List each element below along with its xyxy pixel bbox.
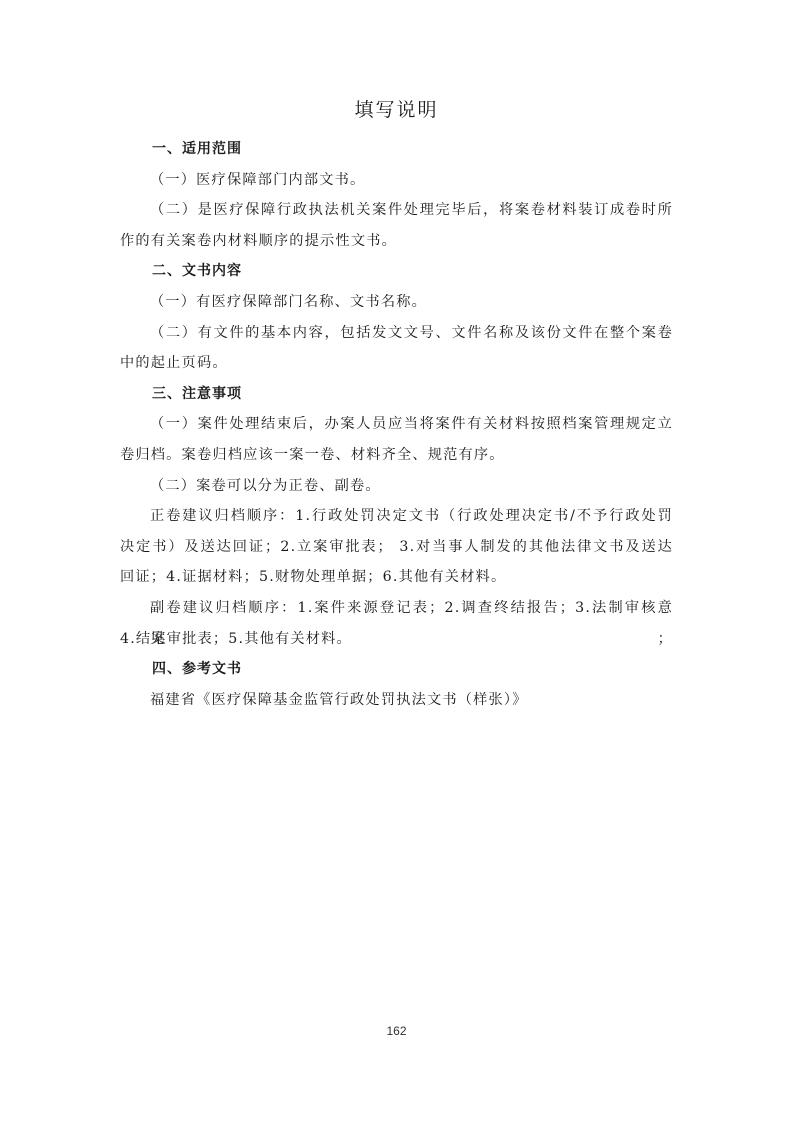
paragraph-line: 卷归档。案卷归档应该一案一卷、材料齐全、规范有序。: [120, 440, 673, 471]
paragraph-line: （一）有医疗保障部门名称、文书名称。: [120, 287, 673, 318]
document-body: 一、适用范围 （一）医疗保障部门内部文书。 （二）是医疗保障行政执法机关案件处理…: [120, 134, 673, 715]
document-title: 填写说明: [0, 97, 793, 123]
paragraph-line: （二）是医疗保障行政执法机关案件处理完毕后，将案卷材料装订成卷时所: [120, 195, 673, 226]
paragraph-line: 作的有关案卷内材料顺序的提示性文书。: [120, 226, 673, 257]
paragraph-line: 中的起止页码。: [120, 348, 673, 379]
paragraph-line: （二）案卷可以分为正卷、副卷。: [120, 471, 673, 502]
paragraph-line: （二）有文件的基本内容，包括发文文号、文件名称及该份文件在整个案卷: [120, 318, 673, 349]
section-heading-content: 二、文书内容: [120, 256, 673, 287]
document-page: 填写说明 一、适用范围 （一）医疗保障部门内部文书。 （二）是医疗保障行政执法机…: [0, 0, 793, 1122]
paragraph-line: 决定书）及送达回证；2.立案审批表； 3.对当事人制发的其他法律文书及送达: [120, 532, 673, 563]
section-heading-notes: 三、注意事项: [120, 379, 673, 410]
paragraph-line: （一）案件处理结束后，办案人员应当将案件有关材料按照档案管理规定立: [120, 409, 673, 440]
paragraph-line: 正卷建议归档顺序：1.行政处罚决定文书（行政处理决定书/不予行政处罚: [120, 501, 673, 532]
paragraph-line: 福建省《医疗保障基金监管行政处罚执法文书（样张）》: [120, 685, 673, 716]
section-heading-reference: 四、参考文书: [120, 654, 673, 685]
page-number: 162: [0, 1024, 793, 1038]
section-heading-scope: 一、适用范围: [120, 134, 673, 165]
paragraph-line: 回证；4.证据材料；5.财物处理单据；6.其他有关材料。: [120, 562, 673, 593]
paragraph-line: （一）医疗保障部门内部文书。: [120, 165, 673, 196]
paragraph-line: 副卷建议归档顺序：1.案件来源登记表；2.调查终结报告；3.法制审核意见；: [120, 593, 673, 624]
